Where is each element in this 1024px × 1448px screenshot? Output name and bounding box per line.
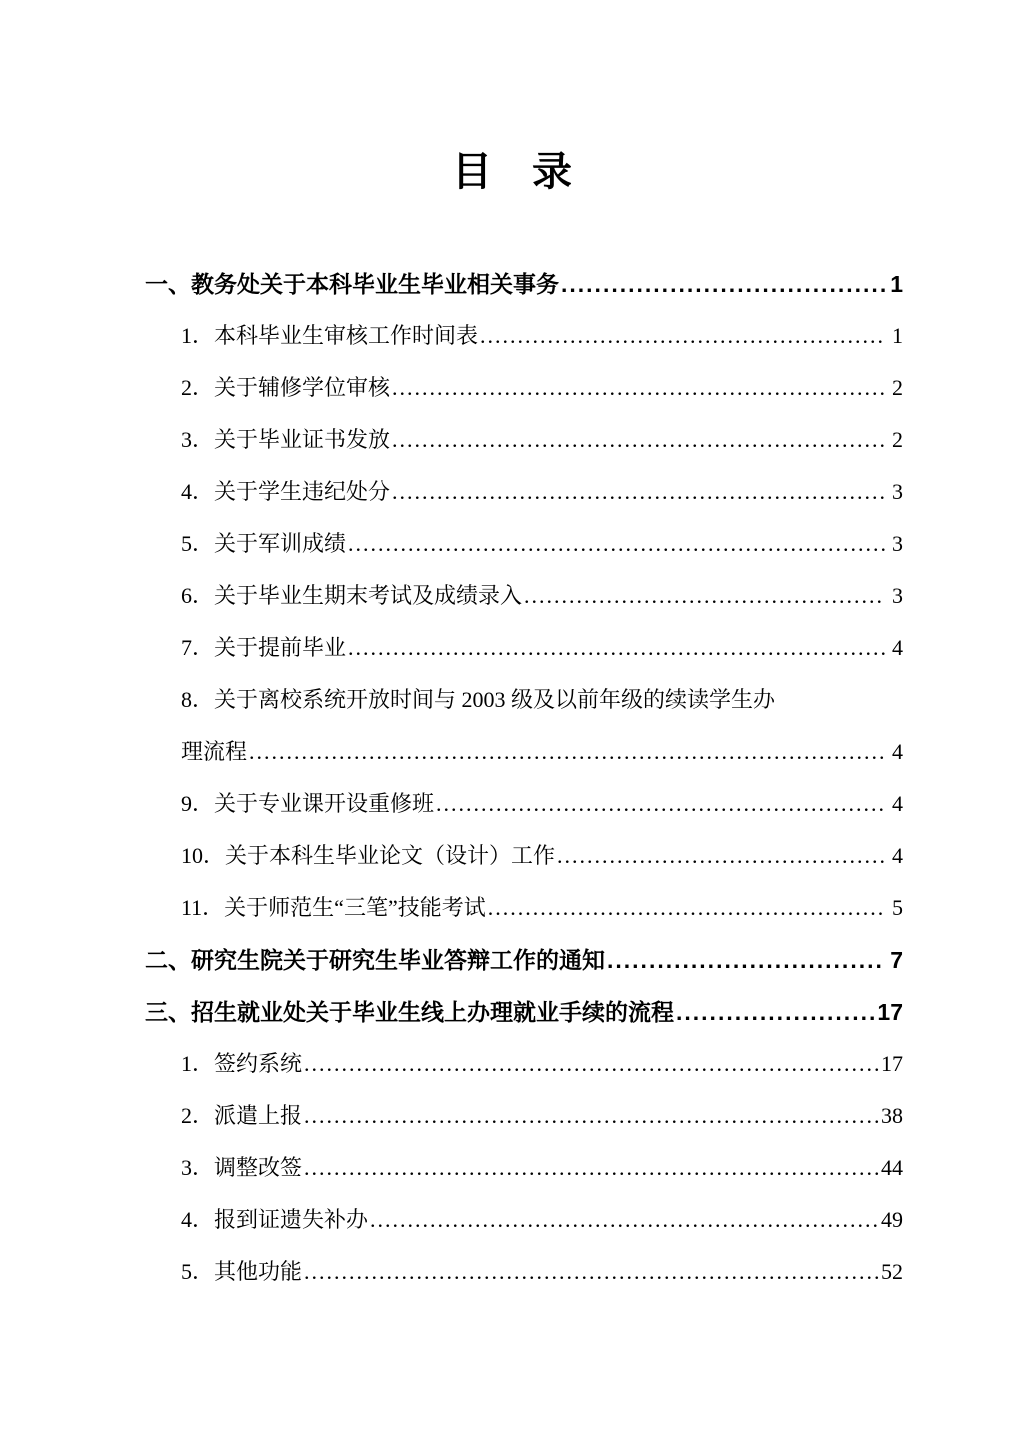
toc-page-number: 4 <box>885 778 903 830</box>
document-page: 目 录 一、教务处关于本科毕业生毕业相关事务..................… <box>0 0 1024 1448</box>
toc-page-number: 17 <box>881 1038 903 1090</box>
dot-leader: ........................................… <box>302 1090 881 1142</box>
toc-page-number: 2 <box>885 362 903 414</box>
toc-page-number: 49 <box>881 1194 903 1246</box>
dot-leader: ........................................… <box>486 882 885 934</box>
toc-entry-label: 3．调整改签 <box>181 1142 302 1194</box>
toc-entry-label: 10．关于本科生毕业论文（设计）工作 <box>181 830 555 882</box>
dot-leader: ........................................… <box>559 258 885 310</box>
dot-leader: ........................................… <box>390 414 885 466</box>
toc-item[interactable]: 2．关于辅修学位审核..............................… <box>145 362 903 414</box>
dot-leader: ........................................… <box>390 362 885 414</box>
table-of-contents: 一、教务处关于本科毕业生毕业相关事务......................… <box>145 258 903 1298</box>
toc-item[interactable]: 8．关于离校系统开放时间与 2003 级及以前年级的续读学生办 <box>145 674 903 726</box>
toc-entry-label: 6．关于毕业生期末考试及成绩录入 <box>181 570 522 622</box>
dot-leader: ........................................… <box>346 518 885 570</box>
toc-item[interactable]: 3．调整改签..................................… <box>145 1142 903 1194</box>
toc-item[interactable]: 5．关于军训成绩................................… <box>145 518 903 570</box>
toc-entry-label: 理流程 <box>181 726 247 778</box>
toc-page-number: 17 <box>877 986 903 1038</box>
toc-entry-label: 9．关于专业课开设重修班 <box>181 778 434 830</box>
toc-entry-label: 1．签约系统 <box>181 1038 302 1090</box>
toc-item[interactable]: 1．本科毕业生审核工作时间表..........................… <box>145 310 903 362</box>
toc-item[interactable]: 2．派遣上报..................................… <box>145 1090 903 1142</box>
toc-entry-label: 2．派遣上报 <box>181 1090 302 1142</box>
dot-leader: ........................................… <box>478 310 885 362</box>
dot-leader: ........................................… <box>302 1038 881 1090</box>
toc-entry-label: 3．关于毕业证书发放 <box>181 414 390 466</box>
toc-entry-label: 三、招生就业处关于毕业生线上办理就业手续的流程 <box>145 986 674 1038</box>
toc-entry-label: 7．关于提前毕业 <box>181 622 346 674</box>
toc-page-number: 1 <box>885 310 903 362</box>
toc-page-number: 4 <box>885 726 903 778</box>
toc-page-number: 4 <box>885 622 903 674</box>
toc-entry-label: 4．报到证遗失补办 <box>181 1194 368 1246</box>
dot-leader: ........................................… <box>674 986 877 1038</box>
toc-page-number: 52 <box>881 1246 903 1298</box>
toc-page-number: 2 <box>885 414 903 466</box>
dot-leader: ........................................… <box>434 778 885 830</box>
toc-page-number: 3 <box>885 518 903 570</box>
toc-item[interactable]: 7．关于提前毕业................................… <box>145 622 903 674</box>
toc-entry-label: 11．关于师范生“三笔”技能考试 <box>181 882 486 934</box>
dot-leader: ........................................… <box>302 1142 881 1194</box>
toc-entry-label: 5．其他功能 <box>181 1246 302 1298</box>
toc-entry-label: 5．关于军训成绩 <box>181 518 346 570</box>
toc-item[interactable]: 9．关于专业课开设重修班............................… <box>145 778 903 830</box>
dot-leader: ........................................… <box>346 622 885 674</box>
toc-item[interactable]: 5．其他功能..................................… <box>145 1246 903 1298</box>
dot-leader: ........................................… <box>247 726 885 778</box>
toc-page-number: 4 <box>885 830 903 882</box>
toc-page-number: 1 <box>885 258 903 310</box>
toc-entry-label: 二、研究生院关于研究生毕业答辩工作的通知 <box>145 934 605 986</box>
toc-page-number: 3 <box>885 466 903 518</box>
toc-heading[interactable]: 三、招生就业处关于毕业生线上办理就业手续的流程.................… <box>145 986 903 1038</box>
toc-entry-label: 4．关于学生违纪处分 <box>181 466 390 518</box>
toc-item[interactable]: 6．关于毕业生期末考试及成绩录入........................… <box>145 570 903 622</box>
toc-page-number: 38 <box>881 1090 903 1142</box>
dot-leader: ........................................… <box>555 830 885 882</box>
toc-page-number: 44 <box>881 1142 903 1194</box>
page-title: 目 录 <box>0 146 1024 198</box>
dot-leader: ........................................… <box>368 1194 881 1246</box>
dot-leader: ........................................… <box>390 466 885 518</box>
toc-item[interactable]: 4．关于学生违纪处分..............................… <box>145 466 903 518</box>
toc-item[interactable]: 11．关于师范生“三笔”技能考试........................… <box>145 882 903 934</box>
dot-leader: ........................................… <box>522 570 885 622</box>
dot-leader: ........................................… <box>302 1246 881 1298</box>
toc-entry-label: 一、教务处关于本科毕业生毕业相关事务 <box>145 258 559 310</box>
toc-page-number: 7 <box>885 934 903 986</box>
toc-item[interactable]: 4．报到证遗失补办...............................… <box>145 1194 903 1246</box>
toc-item[interactable]: 1．签约系统..................................… <box>145 1038 903 1090</box>
dot-leader: ........................................… <box>605 934 885 986</box>
toc-item[interactable]: 3．关于毕业证书发放..............................… <box>145 414 903 466</box>
toc-item[interactable]: 理流程.....................................… <box>145 726 903 778</box>
toc-page-number: 5 <box>885 882 903 934</box>
toc-heading[interactable]: 二、研究生院关于研究生毕业答辩工作的通知....................… <box>145 934 903 986</box>
toc-entry-label: 1．本科毕业生审核工作时间表 <box>181 310 478 362</box>
toc-page-number: 3 <box>885 570 903 622</box>
toc-item[interactable]: 10．关于本科生毕业论文（设计）工作......................… <box>145 830 903 882</box>
toc-entry-label: 2．关于辅修学位审核 <box>181 362 390 414</box>
toc-entry-label: 8．关于离校系统开放时间与 2003 级及以前年级的续读学生办 <box>181 674 775 726</box>
toc-heading[interactable]: 一、教务处关于本科毕业生毕业相关事务......................… <box>145 258 903 310</box>
